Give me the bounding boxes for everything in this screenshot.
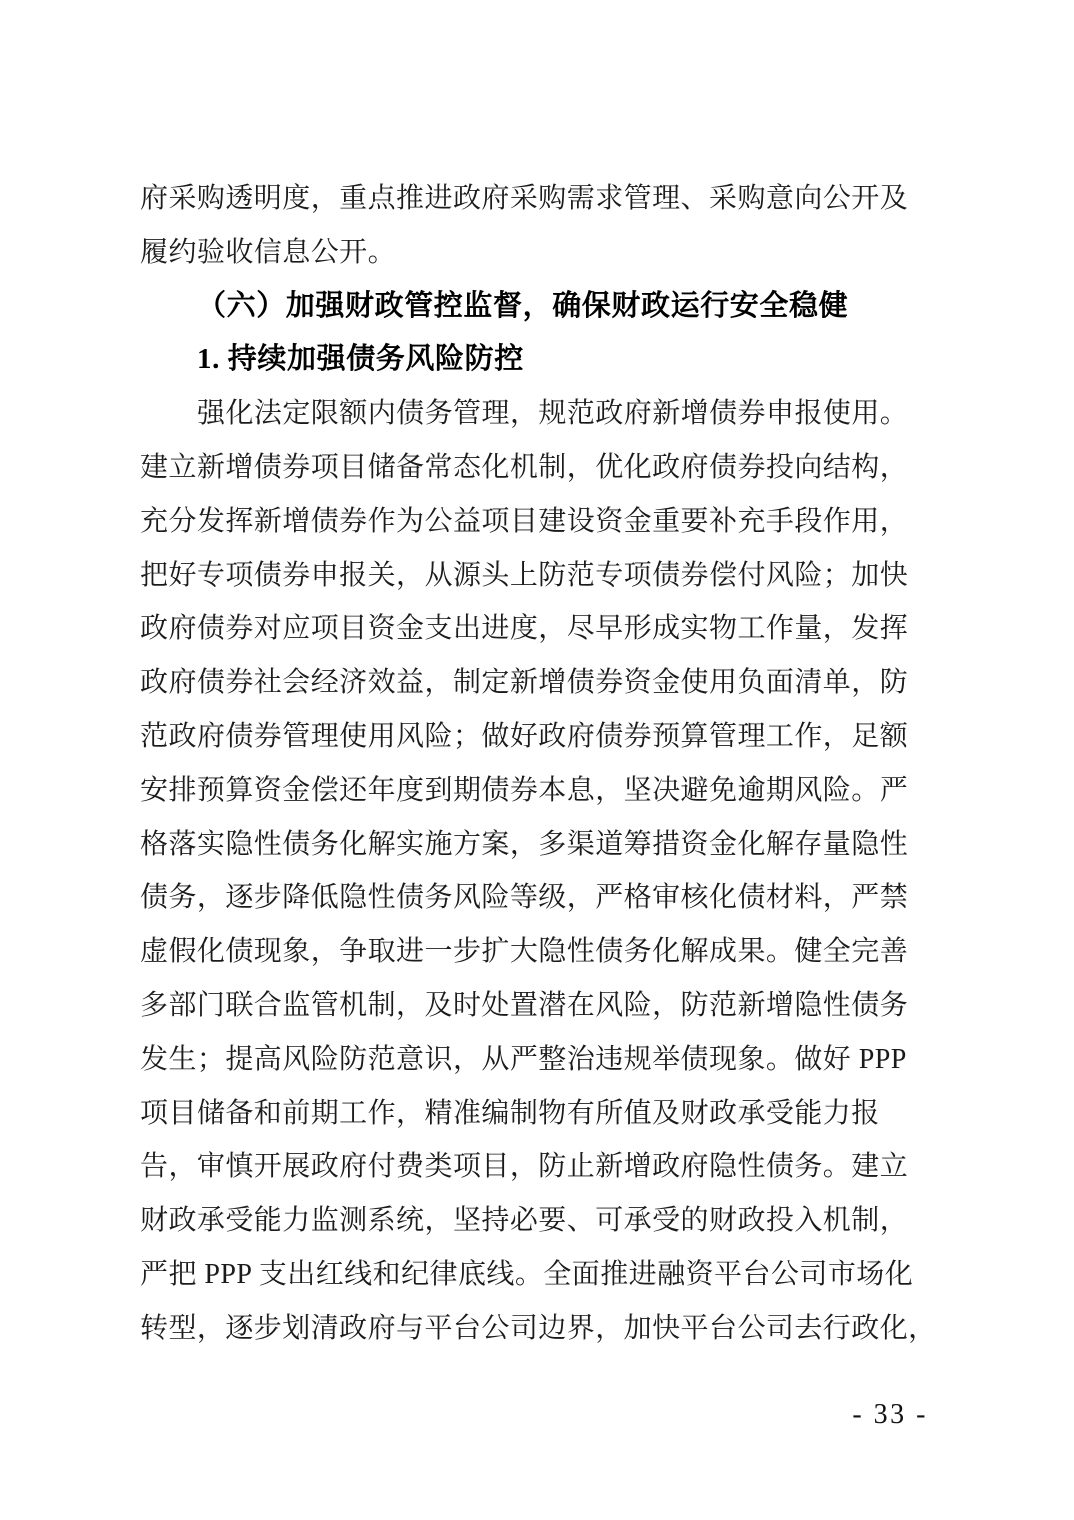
body-line: 发生；提高风险防范意识，从严整治违规举债现象。做好 PPP bbox=[140, 1033, 940, 1087]
body-line: 项目储备和前期工作，精准编制物有所值及财政承受能力报 bbox=[140, 1087, 940, 1141]
body-line: 格落实隐性债务化解实施方案，多渠道筹措资金化解存量隐性 bbox=[140, 818, 940, 872]
body-line: 充分发挥新增债券作为公益项目建设资金重要补充手段作用， bbox=[140, 495, 940, 549]
body-line: 告，审慎开展政府付费类项目，防止新增政府隐性债务。建立 bbox=[140, 1140, 940, 1194]
body-line: 建立新增债券项目储备常态化机制，优化政府债券投向结构， bbox=[140, 441, 940, 495]
paragraph-continuation-line: 履约验收信息公开。 bbox=[140, 226, 940, 280]
body-line: 转型，逐步划清政府与平台公司边界，加快平台公司去行政化， bbox=[140, 1302, 940, 1356]
body-line: 把好专项债券申报关，从源头上防范专项债券偿付风险；加快 bbox=[140, 549, 940, 603]
subsection-heading: 1. 持续加强债务风险防控 bbox=[140, 333, 940, 387]
body-line: 虚假化债现象，争取进一步扩大隐性债务化解成果。健全完善 bbox=[140, 925, 940, 979]
body-line: 范政府债券管理使用风险；做好政府债券预算管理工作，足额 bbox=[140, 710, 940, 764]
body-line: 多部门联合监管机制，及时处置潜在风险，防范新增隐性债务 bbox=[140, 979, 940, 1033]
paragraph-continuation-line: 府采购透明度，重点推进政府采购需求管理、采购意向公开及 bbox=[140, 172, 940, 226]
page-number: - 33 - bbox=[852, 1398, 928, 1432]
document-page: 府采购透明度，重点推进政府采购需求管理、采购意向公开及 履约验收信息公开。 （六… bbox=[0, 0, 1074, 1520]
body-line: 政府债券社会经济效益，制定新增债券资金使用负面清单，防 bbox=[140, 656, 940, 710]
body-line: 严把 PPP 支出红线和纪律底线。全面推进融资平台公司市场化 bbox=[140, 1248, 940, 1302]
body-line: 政府债券对应项目资金支出进度，尽早形成实物工作量，发挥 bbox=[140, 602, 940, 656]
body-line: 财政承受能力监测系统，坚持必要、可承受的财政投入机制， bbox=[140, 1194, 940, 1248]
body-line: 安排预算资金偿还年度到期债券本息，坚决避免逾期风险。严 bbox=[140, 764, 940, 818]
document-text-block: 府采购透明度，重点推进政府采购需求管理、采购意向公开及 履约验收信息公开。 （六… bbox=[140, 172, 940, 1356]
section-heading: （六）加强财政管控监督，确保财政运行安全稳健 bbox=[140, 280, 940, 334]
body-line: 债务，逐步降低隐性债务风险等级，严格审核化债材料，严禁 bbox=[140, 871, 940, 925]
body-line: 强化法定限额内债务管理，规范政府新增债券申报使用。 bbox=[140, 387, 940, 441]
